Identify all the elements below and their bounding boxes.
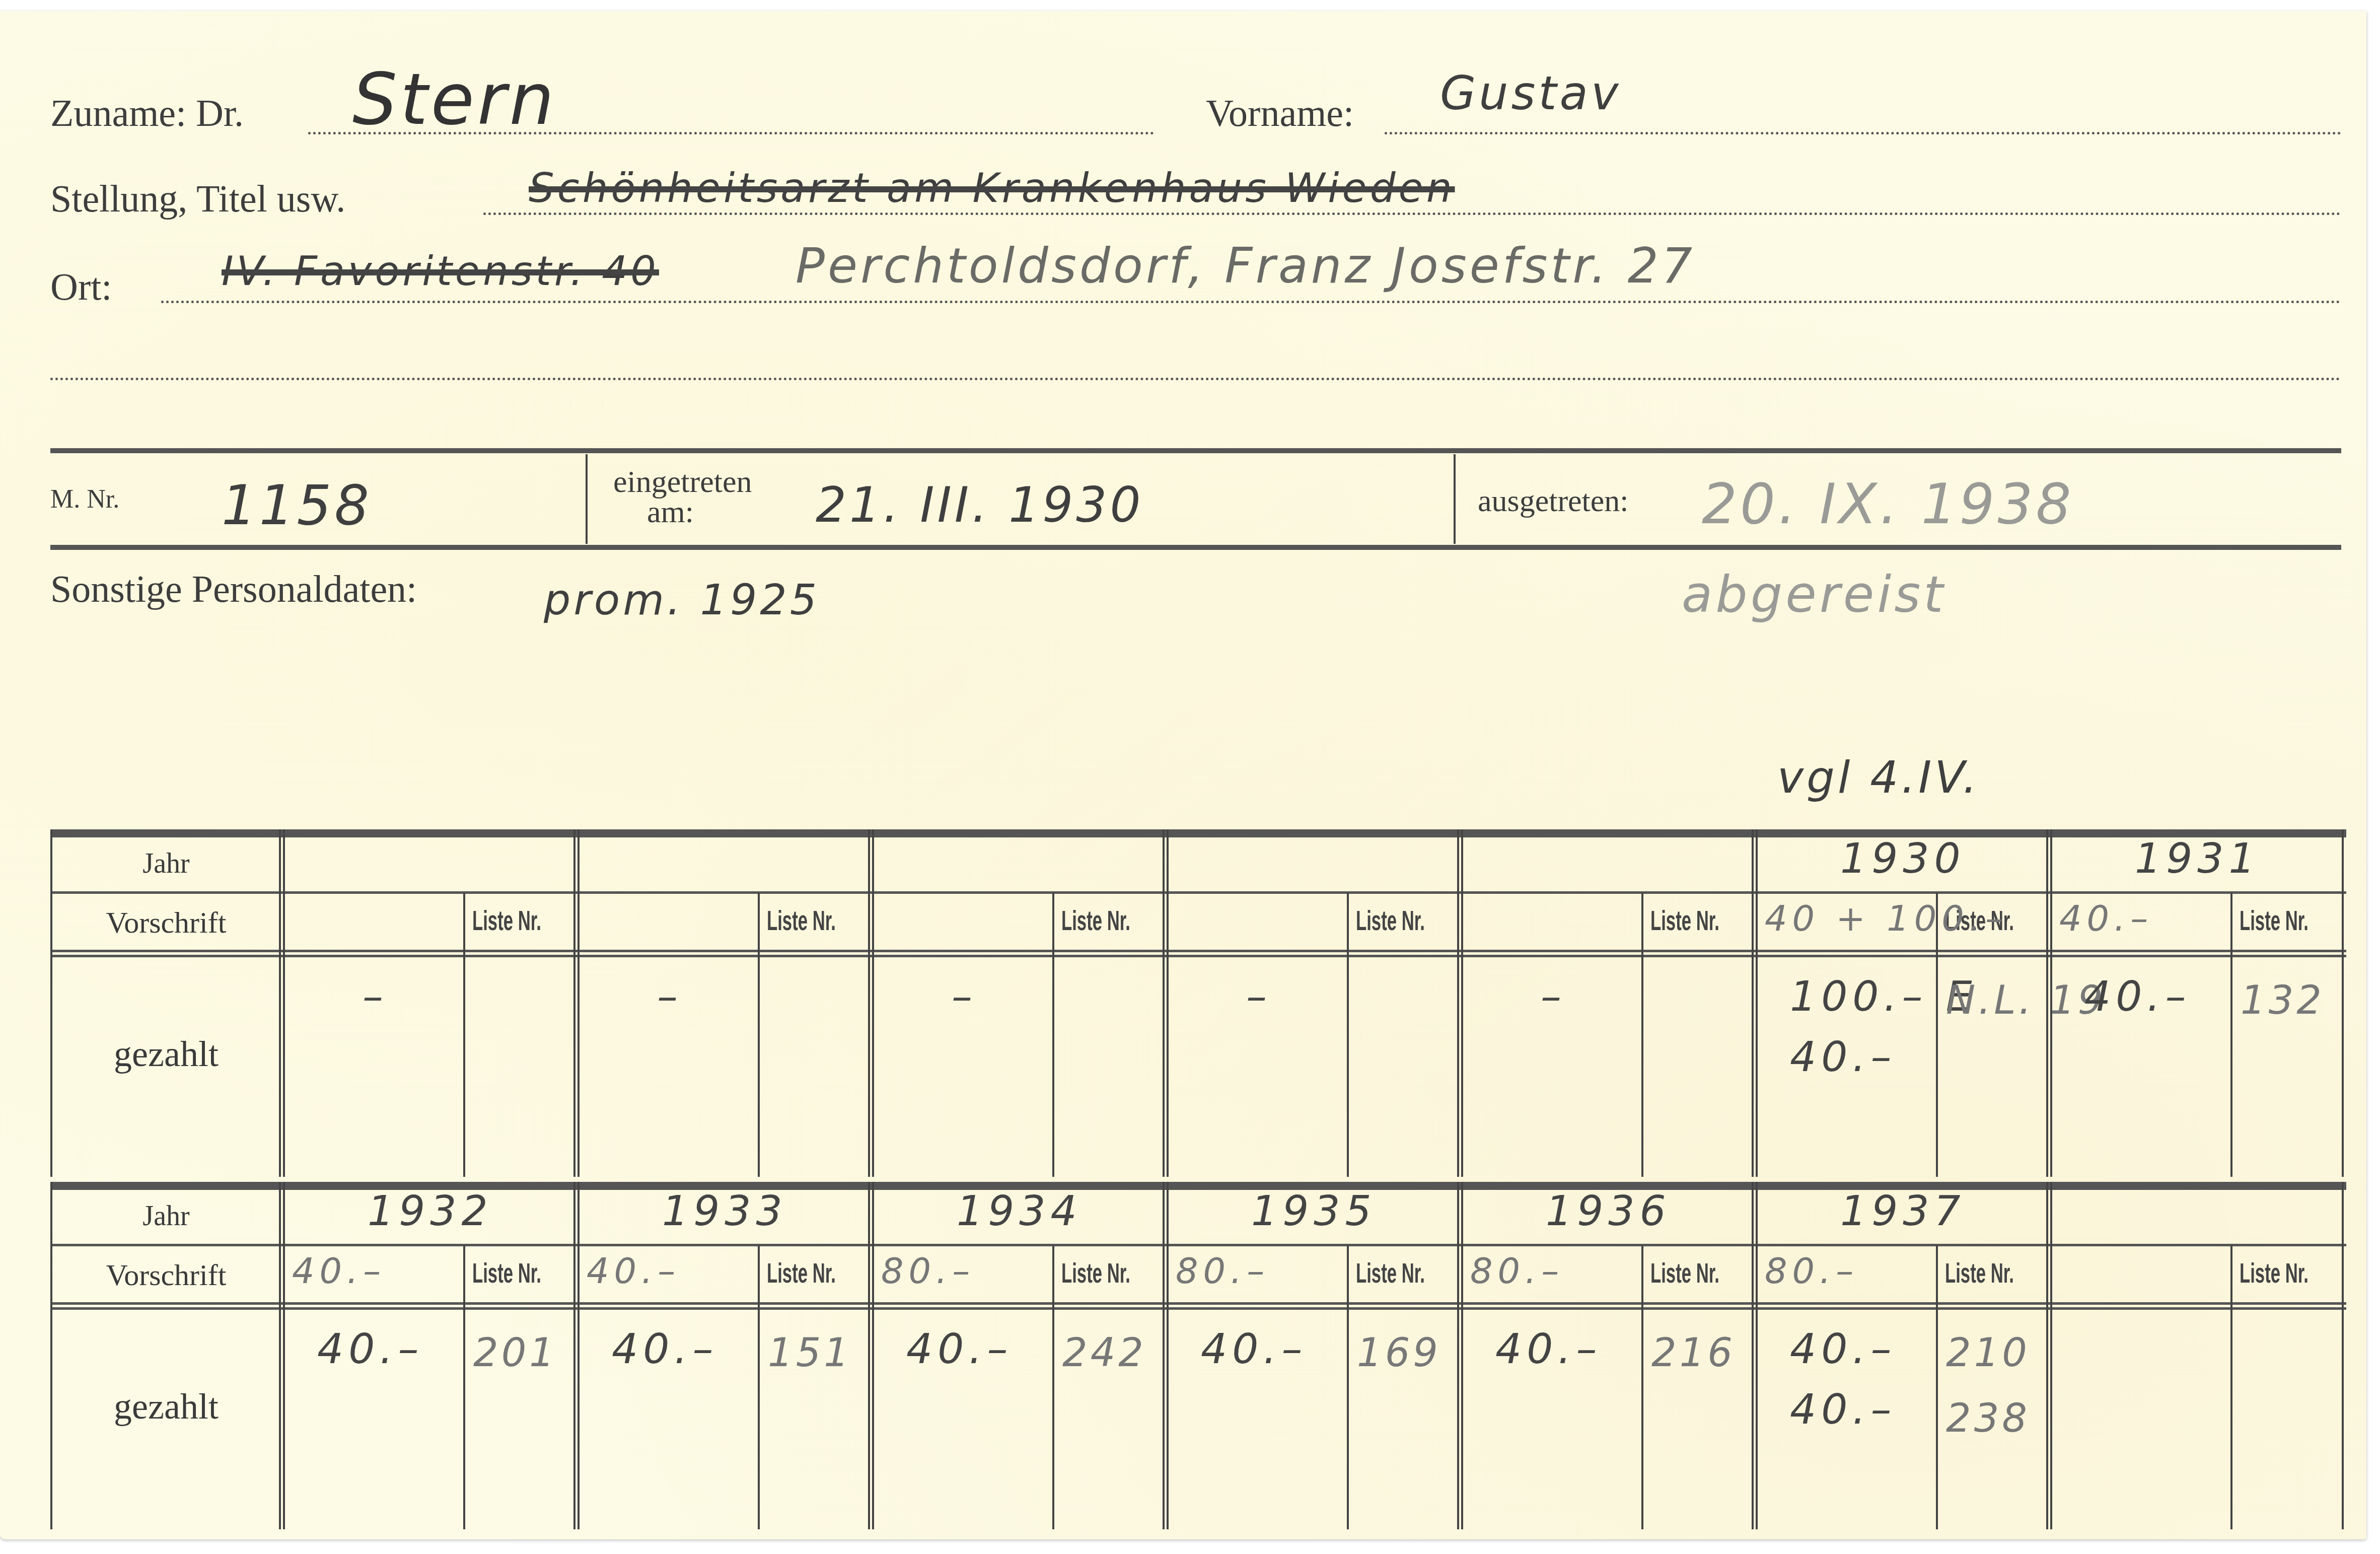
divider-mnr	[586, 454, 588, 544]
year-value: 1935	[1251, 1187, 1377, 1235]
liste-nr-label: Liste Nr.	[1356, 1256, 1425, 1289]
block1-liste-divider	[758, 893, 760, 1177]
gezahlt-value: –	[363, 973, 388, 1021]
liste-value: 238	[1946, 1396, 2030, 1441]
zuname-value: Stern	[352, 59, 557, 141]
block2-right-border	[2342, 1182, 2344, 1529]
gezahlt-value: –	[952, 973, 977, 1021]
block1-year-divider	[573, 829, 580, 1177]
ort-value: Perchtoldsdorf, Franz Josefstr. 27	[796, 238, 1695, 294]
stellung-dotted-line	[483, 213, 2341, 215]
year-value: 1932	[368, 1187, 493, 1235]
year-value: 1937	[1840, 1187, 1966, 1235]
vorschrift-value: 80.–	[881, 1250, 975, 1292]
liste-nr-label: Liste Nr.	[1356, 904, 1425, 937]
annotation-vgl: vgl 4.IV.	[1777, 751, 1980, 803]
vorschrift-value: 80.–	[1765, 1250, 1858, 1292]
block2-liste-divider	[758, 1245, 760, 1529]
gezahlt-value: –	[1541, 973, 1566, 1021]
gezahlt-value: 40.–	[2084, 973, 2191, 1021]
section-rule-bottom	[50, 545, 2341, 550]
block1-year-divider	[868, 829, 874, 1177]
liste-value: 242	[1062, 1330, 1146, 1376]
block1-left-border	[50, 829, 52, 1177]
liste-value: 216	[1651, 1330, 1736, 1376]
gezahlt-value: 40.–	[906, 1325, 1013, 1373]
block2-year-divider	[2046, 1182, 2052, 1529]
block1-year-divider	[1457, 829, 1463, 1177]
liste-value: 201	[473, 1330, 557, 1376]
ort-value-struck: IV. Favoritenstr. 40	[222, 248, 659, 295]
eingetreten-value: 21. III. 1930	[816, 477, 1143, 533]
liste-nr-label: Liste Nr.	[767, 904, 836, 937]
ort-dotted-line	[161, 301, 2341, 303]
block1-year-divider	[279, 829, 285, 1177]
eingetreten-am-label: am:	[647, 495, 694, 530]
year-value: 1934	[957, 1187, 1082, 1235]
liste-nr-label: Liste Nr.	[472, 1256, 541, 1289]
liste-nr-label: Liste Nr.	[767, 1256, 836, 1289]
gezahlt-value: 40.–	[1790, 1386, 1896, 1434]
block2-year-divider	[1752, 1182, 1758, 1529]
liste-value: 151	[768, 1330, 852, 1376]
block2-liste-divider	[1936, 1245, 1938, 1529]
block2-liste-divider	[1052, 1245, 1054, 1529]
block2-gezahlt-label: gezahlt	[50, 1386, 282, 1428]
block2-left-border	[50, 1182, 52, 1529]
liste-nr-label: Liste Nr.	[2240, 1256, 2309, 1289]
block1-right-border	[2342, 829, 2344, 1177]
liste-value: 132	[2241, 978, 2325, 1023]
gezahlt-value: –	[1246, 973, 1272, 1021]
vorschrift-value: 80.–	[1470, 1250, 1564, 1292]
gezahlt-value: 40.–	[1790, 1325, 1896, 1373]
liste-nr-label: Liste Nr.	[1061, 1256, 1130, 1289]
blank-dotted-line	[50, 378, 2341, 380]
block1-liste-divider	[1052, 893, 1054, 1177]
vorname-dotted-line	[1385, 132, 2341, 134]
member-index-card: Zuname: Dr. Stern Vorname: Gustav Stellu…	[0, 11, 2366, 1539]
gezahlt-value: 40.–	[317, 1325, 423, 1373]
liste-nr-label: Liste Nr.	[1061, 904, 1130, 937]
vorname-label: Vorname:	[1206, 92, 1354, 135]
section-rule-top	[50, 448, 2341, 453]
sonstige-label: Sonstige Personaldaten:	[50, 568, 417, 611]
block1-liste-divider	[463, 893, 465, 1177]
block1-top-rule	[50, 829, 2346, 837]
mnr-value: 1158	[222, 474, 372, 537]
block2-year-divider	[279, 1182, 285, 1529]
liste-value: 169	[1357, 1330, 1441, 1376]
block2-vorschrift-label: Vorschrift	[50, 1258, 282, 1293]
block2-liste-divider	[2230, 1245, 2232, 1529]
block1-year-divider	[2046, 829, 2052, 1177]
stellung-label: Stellung, Titel usw.	[50, 177, 345, 221]
block1-liste-divider	[1347, 893, 1349, 1177]
gezahlt-value: 40.–	[1790, 1033, 1896, 1081]
stellung-value-struck: Schönheitsarzt am Krankenhaus Wieden	[529, 165, 1455, 211]
vorschrift-value: 40.–	[292, 1250, 386, 1292]
year-value: 1933	[662, 1187, 787, 1235]
block2-year-divider	[868, 1182, 874, 1529]
liste-nr-label: Liste Nr.	[472, 904, 541, 937]
year-value: 1936	[1546, 1187, 1671, 1235]
vorschrift-value: 40.–	[587, 1250, 680, 1292]
zuname-label: Zuname: Dr.	[50, 92, 244, 135]
mnr-label: M. Nr.	[50, 484, 119, 514]
block2-liste-divider	[1641, 1245, 1643, 1529]
gezahlt-value: 40.–	[1495, 1325, 1602, 1373]
block2-year-divider	[1163, 1182, 1169, 1529]
divider-eingetreten	[1454, 454, 1456, 544]
ausgetreten-note: abgereist	[1682, 565, 1946, 624]
block1-jahr-rule	[50, 891, 2346, 894]
ort-label: Ort:	[50, 265, 112, 309]
liste-nr-label: Liste Nr.	[1650, 1256, 1719, 1289]
block1-gezahlt-label: gezahlt	[50, 1033, 282, 1075]
liste-nr-label: Liste Nr.	[1945, 1256, 2014, 1289]
block2-liste-divider	[463, 1245, 465, 1529]
block1-liste-divider	[1641, 893, 1643, 1177]
vorname-value: Gustav	[1440, 66, 1621, 120]
ausgetreten-value: 20. IX. 1938	[1702, 472, 2074, 536]
block1-vorschrift-rule-2	[50, 955, 2346, 957]
block2-jahr-rule	[50, 1244, 2346, 1246]
block2-liste-divider	[1347, 1245, 1349, 1529]
gezahlt-value: 40.–	[1201, 1325, 1307, 1373]
liste-value: 210	[1946, 1330, 2030, 1376]
block2-jahr-label: Jahr	[50, 1200, 282, 1232]
block2-year-divider	[1457, 1182, 1463, 1529]
gezahlt-value: 40.–	[612, 1325, 718, 1373]
block1-liste-divider	[2230, 893, 2232, 1177]
vorschrift-value: 80.–	[1176, 1250, 1269, 1292]
block2-vorschrift-rule-2	[50, 1307, 2346, 1310]
liste-nr-label: Liste Nr.	[2240, 904, 2309, 937]
block1-year-divider	[1752, 829, 1758, 1177]
liste-value: N.L. 19	[1946, 978, 2106, 1023]
block1-jahr-label: Jahr	[50, 847, 282, 880]
gezahlt-value: –	[657, 973, 683, 1021]
year-value: 1930	[1840, 835, 1966, 883]
block2-year-divider	[573, 1182, 580, 1529]
sonstige-value: prom. 1925	[544, 575, 820, 624]
block1-vorschrift-rule-1	[50, 950, 2346, 952]
vorschrift-value: 40.–	[2059, 898, 2153, 939]
vorschrift-value: 40 + 100.–	[1765, 898, 2008, 939]
block1-year-divider	[1163, 829, 1169, 1177]
ausgetreten-label: ausgetreten:	[1478, 483, 1629, 519]
block2-vorschrift-rule-1	[50, 1302, 2346, 1305]
year-value: 1931	[2135, 835, 2260, 883]
liste-nr-label: Liste Nr.	[1650, 904, 1719, 937]
block1-vorschrift-label: Vorschrift	[50, 905, 282, 940]
